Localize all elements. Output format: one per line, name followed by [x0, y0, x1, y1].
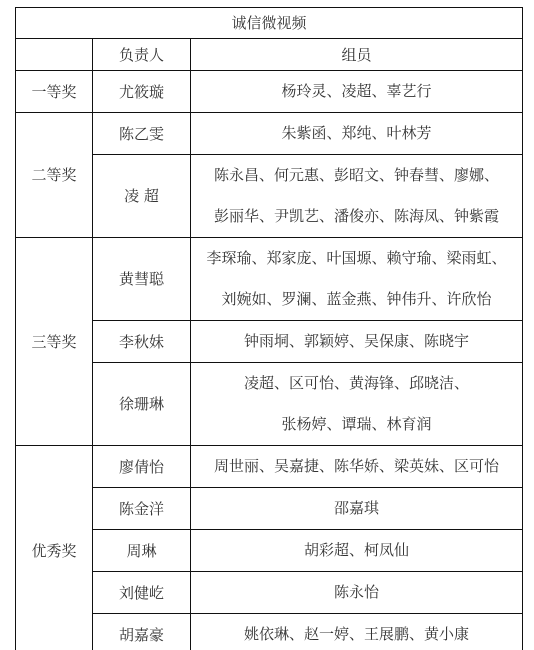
team-members: 陈永怡 — [191, 572, 523, 614]
team-leader: 尤筱璇 — [93, 71, 191, 113]
members-line: 李琛瑜、郑家庞、叶国塬、赖守瑜、梁雨虹、 — [191, 238, 522, 279]
team-leader: 黄彗聪 — [93, 238, 191, 321]
members-line: 钟雨垌、郭颖婷、吴保康、陈晓宇 — [191, 321, 522, 362]
team-members: 凌超、区可怡、黄海锋、邱晓洁、 张杨婷、谭瑞、林育润 — [191, 363, 523, 446]
members-line: 姚依琳、赵一婷、王展鹏、黄小康 — [191, 614, 522, 650]
table-row: 三等奖 黄彗聪 李琛瑜、郑家庞、叶国塬、赖守瑜、梁雨虹、 刘婉如、罗澜、蓝金燕、… — [16, 238, 523, 321]
team-members: 胡彩超、柯凤仙 — [191, 530, 523, 572]
team-leader: 凌 超 — [93, 155, 191, 238]
table-row: 优秀奖 廖倩怡 周世丽、吴嘉捷、陈华娇、梁英妹、区可怡 — [16, 446, 523, 488]
table-row: 一等奖 尤筱璇 杨玲灵、凌超、辜艺行 — [16, 71, 523, 113]
award-first-prize: 一等奖 — [16, 71, 93, 113]
header-members: 组员 — [191, 39, 523, 71]
table-row: 徐珊琳 凌超、区可怡、黄海锋、邱晓洁、 张杨婷、谭瑞、林育润 — [16, 363, 523, 446]
members-line: 邵嘉琪 — [191, 488, 522, 529]
team-leader: 陈乙雯 — [93, 113, 191, 155]
members-line: 张杨婷、谭瑞、林育润 — [191, 404, 522, 445]
header-leader: 负责人 — [93, 39, 191, 71]
members-line: 陈永怡 — [191, 572, 522, 613]
team-members: 朱紫函、郑纯、叶林芳 — [191, 113, 523, 155]
team-members: 杨玲灵、凌超、辜艺行 — [191, 71, 523, 113]
table-row: 二等奖 陈乙雯 朱紫函、郑纯、叶林芳 — [16, 113, 523, 155]
members-line: 周世丽、吴嘉捷、陈华娇、梁英妹、区可怡 — [191, 446, 522, 487]
team-leader: 陈金洋 — [93, 488, 191, 530]
members-line: 陈永昌、何元惠、彭昭文、钟春彗、廖娜、 — [191, 155, 522, 196]
team-leader: 刘健屹 — [93, 572, 191, 614]
team-members: 钟雨垌、郭颖婷、吴保康、陈晓宇 — [191, 321, 523, 363]
members-line: 凌超、区可怡、黄海锋、邱晓洁、 — [191, 363, 522, 404]
table-row: 李秋妹 钟雨垌、郭颖婷、吴保康、陈晓宇 — [16, 321, 523, 363]
team-leader: 李秋妹 — [93, 321, 191, 363]
team-members: 邵嘉琪 — [191, 488, 523, 530]
award-excellence-prize: 优秀奖 — [16, 446, 93, 650]
table-row: 凌 超 陈永昌、何元惠、彭昭文、钟春彗、廖娜、 彭丽华、尹凯艺、潘俊亦、陈海凤、… — [16, 155, 523, 238]
team-leader: 周琳 — [93, 530, 191, 572]
members-line: 彭丽华、尹凯艺、潘俊亦、陈海凤、钟紫霞 — [191, 196, 522, 237]
table-row: 刘健屹 陈永怡 — [16, 572, 523, 614]
award-third-prize: 三等奖 — [16, 238, 93, 446]
award-second-prize: 二等奖 — [16, 113, 93, 238]
team-leader: 徐珊琳 — [93, 363, 191, 446]
table-title: 诚信微视频 — [16, 8, 523, 39]
table-row: 胡嘉豪 姚依琳、赵一婷、王展鹏、黄小康 — [16, 614, 523, 650]
table-row: 周琳 胡彩超、柯凤仙 — [16, 530, 523, 572]
team-members: 周世丽、吴嘉捷、陈华娇、梁英妹、区可怡 — [191, 446, 523, 488]
team-members: 陈永昌、何元惠、彭昭文、钟春彗、廖娜、 彭丽华、尹凯艺、潘俊亦、陈海凤、钟紫霞 — [191, 155, 523, 238]
team-leader: 廖倩怡 — [93, 446, 191, 488]
table-row: 陈金洋 邵嘉琪 — [16, 488, 523, 530]
team-leader: 胡嘉豪 — [93, 614, 191, 650]
members-line: 杨玲灵、凌超、辜艺行 — [191, 71, 522, 112]
members-line: 朱紫函、郑纯、叶林芳 — [191, 113, 522, 154]
members-line: 胡彩超、柯凤仙 — [191, 530, 522, 571]
team-members: 李琛瑜、郑家庞、叶国塬、赖守瑜、梁雨虹、 刘婉如、罗澜、蓝金燕、钟伟升、许欣怡 — [191, 238, 523, 321]
award-table: 诚信微视频 负责人 组员 一等奖 尤筱璇 杨玲灵、凌超、辜艺行 二等奖 陈乙雯 … — [15, 7, 523, 650]
members-line: 刘婉如、罗澜、蓝金燕、钟伟升、许欣怡 — [191, 279, 522, 320]
team-members: 姚依琳、赵一婷、王展鹏、黄小康 — [191, 614, 523, 650]
header-award — [16, 39, 93, 71]
